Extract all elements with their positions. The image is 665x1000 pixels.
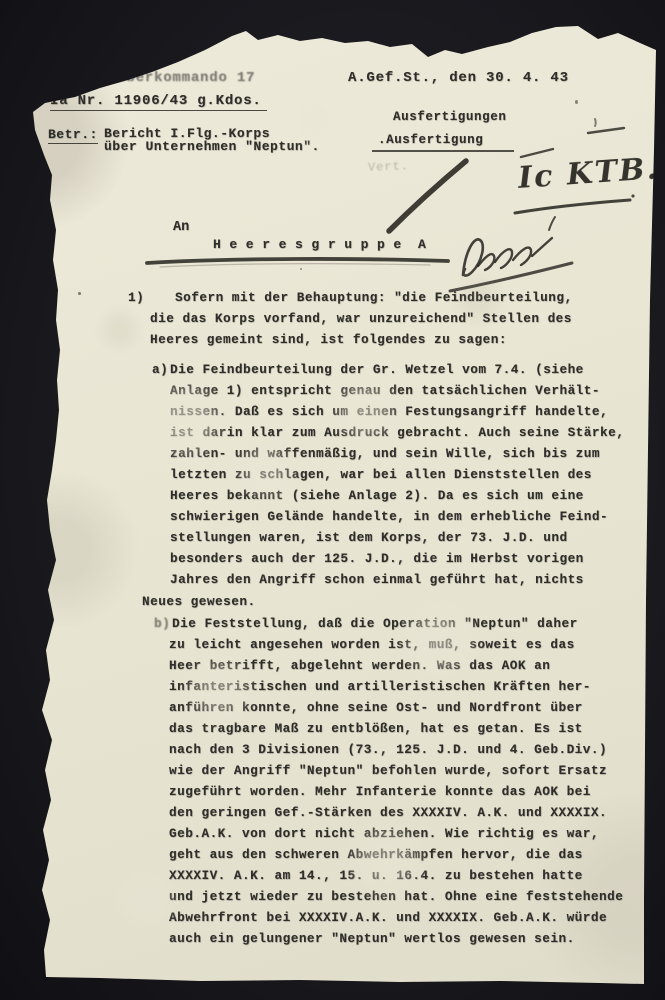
text-line: geht aus den schweren Abwehrkämpfen herv… (169, 847, 583, 862)
text-line: den geringen Gef.-Stärken des XXXXIV. A.… (169, 805, 607, 820)
text-line: Anlage 1) entspricht genau den tatsächli… (170, 383, 600, 398)
faint-stamp-text: Vert. (368, 159, 409, 174)
item-a-marker: a) (152, 362, 168, 377)
recipient-underline-echo (160, 264, 430, 267)
signature-underline-flourish (450, 263, 572, 291)
text-line: Geb.A.K. von dort nicht abziehen. Wie ri… (169, 826, 599, 841)
text-line: Jahres den Angriff schon einmal geführt … (170, 572, 584, 587)
text-line: zu leicht angesehen worden ist, muß, sow… (169, 637, 575, 652)
handwritten-ktb-note: Ic KTB. (517, 151, 660, 196)
paper-speck (300, 268, 302, 270)
handwritten-signature (532, 238, 552, 256)
ktb-period-dot (631, 194, 634, 197)
pen-tick (595, 119, 596, 126)
scanned-document-page: Armee-Oberkommando 17 A.Gef.St., den 30.… (0, 0, 665, 1000)
ktb-overbar-right (588, 128, 624, 133)
text-line: XXXXIV. A.K. am 14., 15. u. 16.4. zu bes… (169, 868, 583, 883)
text-line: ist darin klar zum Ausdruck gebracht. Au… (170, 425, 624, 440)
sender-unit: Armee-Oberkommando 17 (62, 70, 255, 86)
text-line: Heeres bekannt (siehe Anlage 2). Da es s… (170, 488, 584, 503)
text-line: Neues gewesen. (142, 594, 256, 609)
copy-number-line: .Ausfertigung (378, 133, 483, 147)
handwritten-signature (463, 239, 483, 275)
text-line: Abwehrfront bei XXXXIV.A.K. und XXXXIX. … (169, 910, 607, 925)
text-line: Heer betrifft, abgelehnt werden. Was das… (169, 658, 550, 673)
paper-speck (575, 100, 578, 104)
recipient-name: H e e r e s g r u p p e A (213, 237, 426, 252)
handwritten-signature (513, 248, 531, 265)
text-line: auch ein gelungener "Neptun" wertlos gew… (169, 931, 575, 946)
subject-line-2: über Unternehmen "Neptun". (104, 139, 320, 154)
item-1-marker: 1) (128, 290, 144, 305)
text-line: Die Feststellung, daß die Operation "Nep… (172, 616, 578, 631)
text-line: und jetzt wieder zu bestehen hat. Ohne e… (169, 889, 623, 904)
text-line: besonders auch der 125. J.D., die im Her… (170, 551, 584, 566)
handwritten-signature (478, 254, 494, 270)
torn-paper-sheet: Armee-Oberkommando 17 A.Gef.St., den 30.… (0, 0, 665, 1000)
recipient-underline-stroke (147, 259, 448, 263)
typed-underline (372, 150, 514, 152)
salutation-an: An (173, 220, 189, 235)
text-line: zugeführt worden. Mehr Infanterie konnte… (169, 784, 591, 799)
text-line: anführen konnte, ohne seine Ost- und Nor… (169, 700, 583, 715)
text-line: das tragbare Maß zu entblößen, hat es ge… (169, 721, 583, 736)
text-line: Heeres gemeint sind, ist folgendes zu sa… (150, 332, 507, 347)
station-date-line: A.Gef.St., den 30. 4. 43 (348, 70, 569, 86)
text-line: zahlen- und waffenmäßig, und sein Wille,… (170, 446, 600, 461)
text-line: Sofern mit der Behauptung: "die Feindbeu… (175, 290, 573, 305)
text-line: Die Feindbeurteilung der Gr. Wetzel vom … (170, 362, 584, 377)
text-line: nissen. Daß es sich um einen Festungsang… (170, 404, 608, 419)
ktb-overbar-left (521, 149, 553, 157)
subject-label: Betr.: (48, 127, 98, 144)
handwritten-signature (495, 249, 512, 268)
copies-count-line: Ausfertigungen (393, 110, 506, 124)
text-line: stellungen waren, ist dem Korps, der 73.… (170, 530, 568, 545)
text-line: wie der Angriff "Neptun" befohlen wurde,… (169, 763, 607, 778)
paper-speck (78, 292, 81, 295)
text-line: schwierigen Gelände handelte, in dem erh… (170, 509, 608, 524)
text-line: letzten zu schlagen, war bei allen Diens… (170, 467, 592, 482)
ktb-underline (515, 200, 630, 213)
text-line: nach den 3 Divisionen (73., 125. J.D. un… (169, 742, 607, 757)
text-line: infanteristischen und artilleristischen … (169, 679, 591, 694)
text-line: die das Korps vorfand, war unzureichend"… (150, 311, 572, 326)
reference-number: Ia Nr. 11906/43 g.Kdos. (50, 93, 267, 111)
signature-apostrophe (549, 217, 555, 230)
item-b-marker: b) (154, 616, 170, 631)
